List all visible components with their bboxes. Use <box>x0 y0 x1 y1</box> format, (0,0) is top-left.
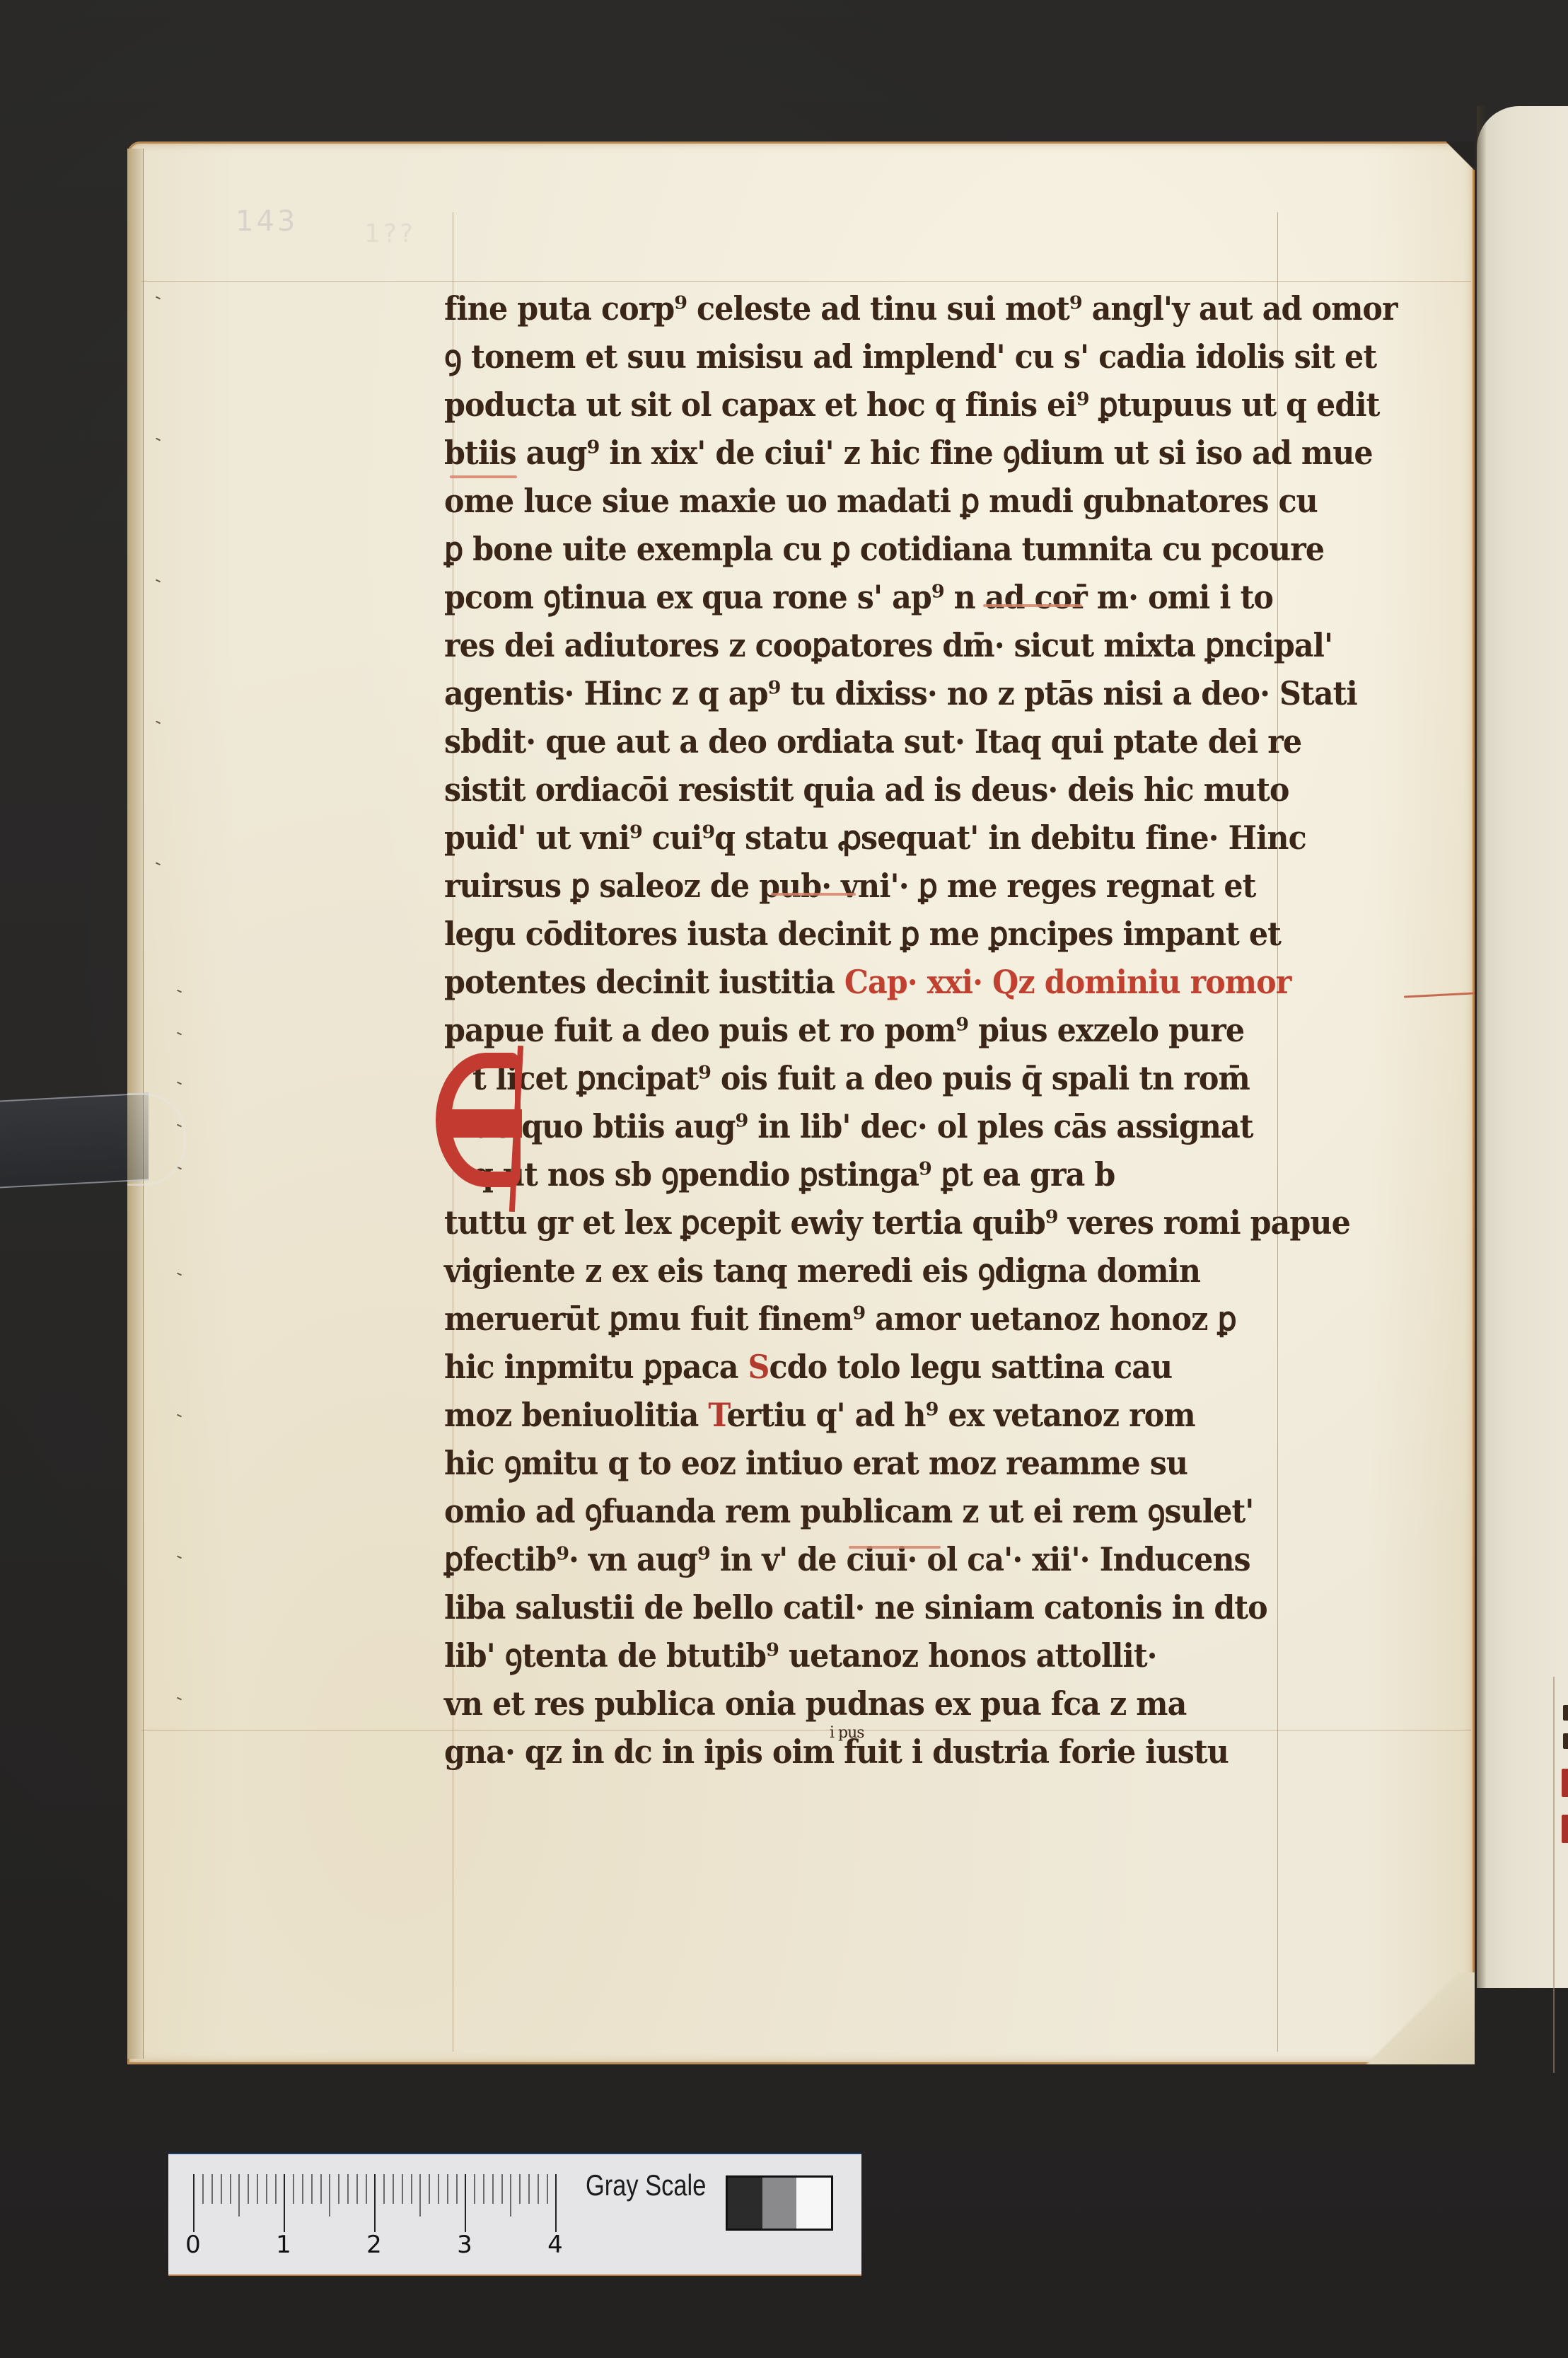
text-line: legu cōditores iusta decinit ꝑ me ꝑncipe… <box>444 913 1281 955</box>
ruler-tick <box>547 2174 548 2204</box>
ruler-label: 0 <box>185 2231 201 2259</box>
text-line: liba salustii de bello catil· ne siniam … <box>444 1586 1267 1629</box>
paraph-initial: S <box>748 1348 770 1386</box>
ruler-tick <box>411 2174 412 2204</box>
text-line: sbdit· que aut a deo ordiata sut· Itaq q… <box>444 720 1301 763</box>
ruler-tick <box>230 2174 231 2204</box>
ruler-tick <box>402 2174 403 2204</box>
text-line-with-rubric: potentes decinit iustitia Cap· xxi· Qz d… <box>444 961 1291 1003</box>
gray-scale-label: Gray Scale <box>586 2168 706 2202</box>
ruler-tick <box>438 2174 439 2204</box>
ruler-tick <box>311 2174 313 2204</box>
ruler-tick <box>284 2174 285 2232</box>
folio-number-pencil-secondary: 1?? <box>364 219 416 248</box>
facing-page-ink-fragment <box>1563 1733 1568 1749</box>
text-line: btiis aug⁹ in xix' de ciui' z hic fine ꝯ… <box>444 432 1373 474</box>
calibration-card: 0 1 2 3 4 Gray Scale <box>168 2153 861 2276</box>
text-line: agentis· Hinc z q ap⁹ tu dixiss· no z pt… <box>444 672 1357 715</box>
ruler-tick <box>555 2174 557 2232</box>
gutter-shadow <box>1477 106 1487 1988</box>
text-line-with-paraph: hic inpmitu ꝑpaca Scdo tolo legu sattina… <box>444 1346 1172 1388</box>
chapter-rubric-continued: papue fuit a deo puis et ro pom⁹ pius ex… <box>444 1009 1244 1051</box>
ruler-tick <box>221 2174 222 2204</box>
ruler-tick <box>419 2174 421 2217</box>
page-holding-strap <box>0 1026 184 1174</box>
ruler-tick <box>528 2174 530 2204</box>
ruler-tick <box>302 2174 303 2204</box>
paraph-initial: T <box>708 1396 726 1434</box>
strap-loop <box>127 1093 186 1186</box>
gray-patch-dark <box>728 2178 762 2229</box>
text-line: meruerūt ꝑmu fuit finem⁹ amor uetanoz ho… <box>444 1298 1236 1340</box>
text-segment: ertiu q' ad h⁹ ex vetanoz rom <box>726 1396 1195 1434</box>
ruler-tick <box>510 2174 511 2217</box>
ruler-scale: 0 1 2 3 4 <box>193 2168 561 2267</box>
text-line: vigiente z ex eis tanq meredi eis ꝯdigna… <box>444 1249 1200 1292</box>
ruler-tick <box>293 2174 294 2204</box>
text-line: lib' ꝯtenta de btutib⁹ uetanoz honos att… <box>444 1634 1157 1677</box>
text-line: de quo btiis aug⁹ in lib' dec· ol ples c… <box>472 1105 1253 1148</box>
text-line: puid' ut vni⁹ cui⁹q statu ꝓsequat' in de… <box>444 816 1306 859</box>
text-segment: moz beniuolitia <box>444 1396 698 1434</box>
facing-page-rubric-fragment <box>1562 1769 1568 1797</box>
text-line: q ut nos sb ꝯpendio ꝑstinga⁹ ꝑt ea gra b <box>472 1153 1115 1196</box>
text-line: ꝑ bone uite exempla cu ꝑ cotidiana tumni… <box>444 528 1324 570</box>
facing-page-ruling <box>1553 1677 1555 2073</box>
manuscript-leaf <box>127 141 1475 2064</box>
ruler-tick <box>501 2174 503 2204</box>
ruling-top <box>141 281 1471 282</box>
facing-page-rubric-fragment <box>1562 1815 1568 1843</box>
text-segment: hic inpmitu ꝑpaca <box>444 1348 738 1386</box>
gray-patch-mid <box>762 2178 797 2229</box>
text-line: ome luce siue maxie uo madati ꝑ mudi gub… <box>444 480 1318 522</box>
strap-band <box>0 1092 149 1188</box>
text-line: res dei adiutores z cooꝑatores dm̄· sicu… <box>444 624 1332 666</box>
text-segment: potentes decinit iustitia <box>444 963 835 1001</box>
decorated-initial-e <box>429 1047 528 1203</box>
ruler-tick <box>257 2174 258 2204</box>
facing-page-ink-fragment <box>1563 1705 1568 1721</box>
ruler-tick <box>347 2174 349 2204</box>
ruler-tick <box>492 2174 494 2204</box>
text-line: tuttu gr et lex ꝑcepit ewiy tertia quib⁹… <box>444 1201 1350 1244</box>
ruler-tick <box>238 2174 240 2217</box>
leaf-torn-corner <box>1446 141 1475 170</box>
ruler-tick <box>474 2174 475 2204</box>
ruler-tick <box>519 2174 521 2204</box>
ruler-tick <box>338 2174 339 2204</box>
ruler-tick <box>366 2174 367 2204</box>
ruler-tick <box>320 2174 322 2204</box>
ruler-tick <box>374 2174 376 2232</box>
ruler-tick <box>483 2174 484 2204</box>
red-underline <box>983 604 1082 607</box>
red-underline <box>771 893 856 896</box>
interlinear-gloss: i pus <box>830 1712 864 1755</box>
ruler-tick <box>248 2174 249 2204</box>
ruler-tick <box>383 2174 385 2204</box>
ruler-label: 1 <box>276 2231 291 2259</box>
text-line: t licet ꝑncipat⁹ ois fuit a deo puis q̄ … <box>472 1057 1250 1099</box>
ruler-tick <box>211 2174 213 2204</box>
leaf-folded-corner <box>1354 1972 1475 2064</box>
folio-number-pencil: 143 <box>236 205 298 238</box>
text-line: sistit ordiacōi resistit quia ad is deus… <box>444 768 1289 811</box>
text-line: omio ad ꝯfuanda rem publicam z ut ei rem… <box>444 1490 1253 1532</box>
ruler-label: 4 <box>547 2231 563 2259</box>
text-line: ꝑfectib⁹· vn aug⁹ in v' de ciui· ol ca'·… <box>444 1538 1250 1580</box>
chapter-rubric: Cap· xxi· Qz dominiu romor <box>844 963 1291 1001</box>
text-line: ꝯ tonem et suu misisu ad implend' cu s' … <box>444 335 1376 378</box>
ruler-tick <box>429 2174 430 2204</box>
facing-page-edge <box>1477 106 1568 1988</box>
ruler-label: 2 <box>366 2231 382 2259</box>
ruler-label: 3 <box>457 2231 472 2259</box>
text-line: ruirsus ꝑ saleoz de pub· vni'· ꝑ me rege… <box>444 865 1255 907</box>
text-line: hic ꝯmitu q to eoz intiuo erat moz reamm… <box>444 1442 1187 1484</box>
ruler-tick <box>202 2174 204 2204</box>
ruler-tick <box>356 2174 358 2204</box>
ruler-tick <box>465 2174 466 2232</box>
ruler-tick <box>393 2174 394 2204</box>
text-line: poducta ut sit ol capax et hoc q finis e… <box>444 383 1379 426</box>
red-underline <box>849 1546 941 1549</box>
ruler-tick <box>275 2174 277 2204</box>
red-underline <box>450 475 517 478</box>
gray-scale-patches <box>726 2175 833 2231</box>
initial-crossbar <box>443 1109 522 1138</box>
text-line: fine puta corp⁹ celeste ad tinu sui mot⁹… <box>444 287 1398 330</box>
text-line: pcom ꝯtinua ex qua rone s' ap⁹ n ad cor̄… <box>444 576 1273 618</box>
ruler-tick <box>266 2174 267 2204</box>
ruler-tick <box>329 2174 330 2217</box>
text-line: vn et res publica onia pudnas ex pua fca… <box>444 1682 1186 1725</box>
gray-patch-light <box>796 2178 831 2229</box>
ruler-tick <box>193 2174 194 2232</box>
ruler-tick <box>456 2174 458 2204</box>
text-line-with-paraph: moz beniuolitia Tertiu q' ad h⁹ ex vetan… <box>444 1394 1195 1436</box>
ruler-tick <box>538 2174 539 2204</box>
text-segment: cdo tolo legu sattina cau <box>770 1348 1173 1386</box>
ruler-tick <box>447 2174 448 2204</box>
